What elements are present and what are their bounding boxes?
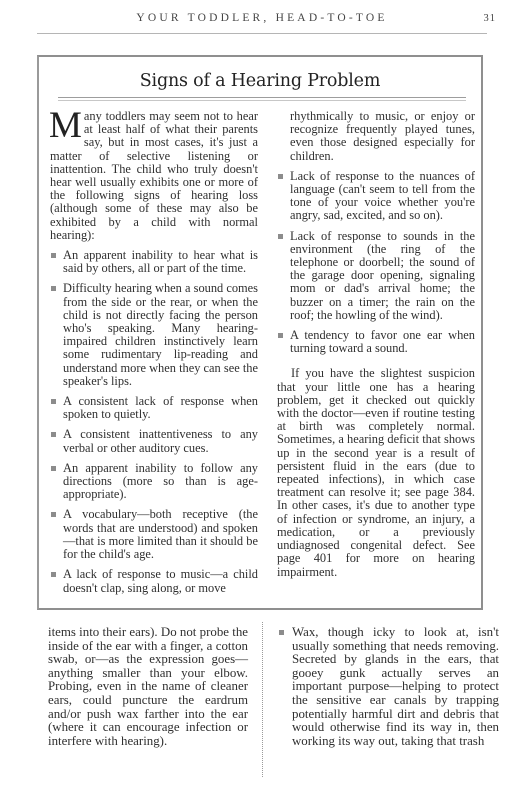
square-bullet-icon	[278, 333, 283, 338]
drop-cap: M	[49, 112, 82, 140]
title-rule	[58, 97, 466, 101]
signs-list-right: Lack of response to the nuances of langu…	[277, 170, 475, 356]
closing-paragraph: If you have the slightest suspicion that…	[277, 367, 475, 578]
bullet-continuation: rhythmically to music, or enjoy or recog…	[277, 110, 475, 163]
body-left-column: items into their ears). Do not probe the…	[48, 626, 248, 748]
list-item: A tendency to favor one ear when turning…	[277, 329, 475, 355]
square-bullet-icon	[278, 174, 283, 179]
sidebar-title: Signs of a Hearing Problem	[39, 71, 481, 91]
list-item: A lack of response to music—a child does…	[50, 568, 258, 594]
square-bullet-icon	[51, 572, 56, 577]
list-item: Difficulty hearing when a sound comes fr…	[50, 282, 258, 388]
list-item: A vocabulary—both receptive (the words t…	[50, 508, 258, 561]
square-bullet-icon	[51, 512, 56, 517]
sidebar-left-column: Many toddlers may seem not to hear at le…	[50, 110, 258, 602]
square-bullet-icon	[51, 286, 56, 291]
square-bullet-icon	[279, 630, 284, 635]
square-bullet-icon	[51, 253, 56, 258]
list-item: Wax, though icky to look at, isn't usual…	[277, 626, 499, 748]
square-bullet-icon	[278, 234, 283, 239]
intro-paragraph: Many toddlers may seem not to hear at le…	[50, 110, 258, 242]
list-item: An apparent inability to hear what is sa…	[50, 249, 258, 275]
body-bullet-list: Wax, though icky to look at, isn't usual…	[277, 626, 499, 748]
list-item: An apparent inability to follow any dire…	[50, 462, 258, 502]
square-bullet-icon	[51, 432, 56, 437]
page-number: 31	[484, 13, 497, 24]
list-item: Lack of response to the nuances of langu…	[277, 170, 475, 223]
list-item: Lack of response to sounds in the enviro…	[277, 230, 475, 322]
column-divider	[262, 622, 263, 777]
sidebar-box: Signs of a Hearing Problem Many toddlers…	[37, 55, 483, 610]
list-item: A consistent lack of response when spoke…	[50, 395, 258, 421]
running-title: YOUR TODDLER, HEAD-TO-TOE	[37, 12, 487, 24]
running-header: YOUR TODDLER, HEAD-TO-TOE 31	[37, 12, 487, 34]
body-left-text: items into their ears). Do not probe the…	[48, 625, 248, 748]
body-right-column: Wax, though icky to look at, isn't usual…	[277, 626, 499, 755]
square-bullet-icon	[51, 466, 56, 471]
list-item: A consistent inattentiveness to any verb…	[50, 428, 258, 454]
signs-list-left: An apparent inability to hear what is sa…	[50, 249, 258, 595]
sidebar-right-column: rhythmically to music, or enjoy or recog…	[277, 110, 475, 579]
square-bullet-icon	[51, 399, 56, 404]
